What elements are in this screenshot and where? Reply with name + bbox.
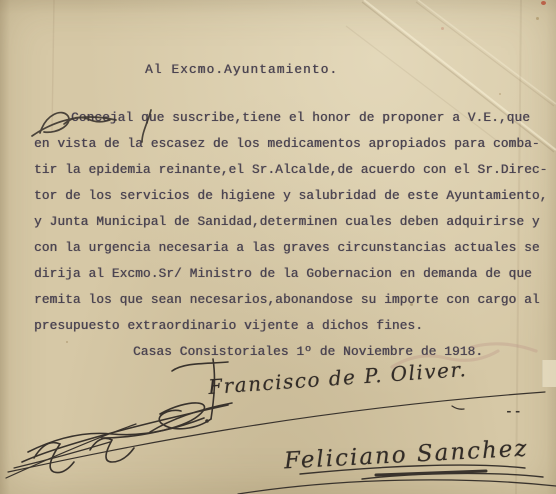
margin-dash-mark: -- [505, 404, 523, 419]
body-line: tir la epidemia reinante,el Sr.Alcalde,d… [34, 157, 546, 183]
body-line: Concejal que suscribe,tiene el honor de … [34, 105, 546, 131]
body-line: con la urgencia necesaria a las graves c… [34, 235, 546, 261]
paper-stain [66, 341, 68, 343]
body-line: dirija al Excmo.Sr/ Ministro de la Gober… [34, 261, 546, 287]
signature-feliciano-sanchez: Feliciano Sanchez [283, 436, 529, 475]
letter-heading: Al Excmo.Ayuntamiento. [145, 62, 338, 77]
red-ink-speck [541, 1, 546, 5]
body-line: y Junta Municipal de Sanidad,determinen … [34, 209, 546, 235]
body-line: presupuesto extraordinario vijente a dic… [34, 313, 546, 339]
body-line: remita los que sean necesarios,abonandos… [34, 287, 546, 313]
body-line: en vista de la escasez de los medicament… [34, 131, 546, 157]
body-line: tor de los servicios de higiene y salubr… [34, 183, 546, 209]
scanned-letter-page: Al Excmo.Ayuntamiento. Concejal que susc… [0, 0, 556, 494]
paper-stain [441, 27, 444, 30]
letter-body: Concejal que suscribe,tiene el honor de … [34, 105, 546, 339]
tape-patch [542, 360, 556, 387]
paper-stain [536, 17, 539, 20]
paper-stain [499, 93, 501, 95]
